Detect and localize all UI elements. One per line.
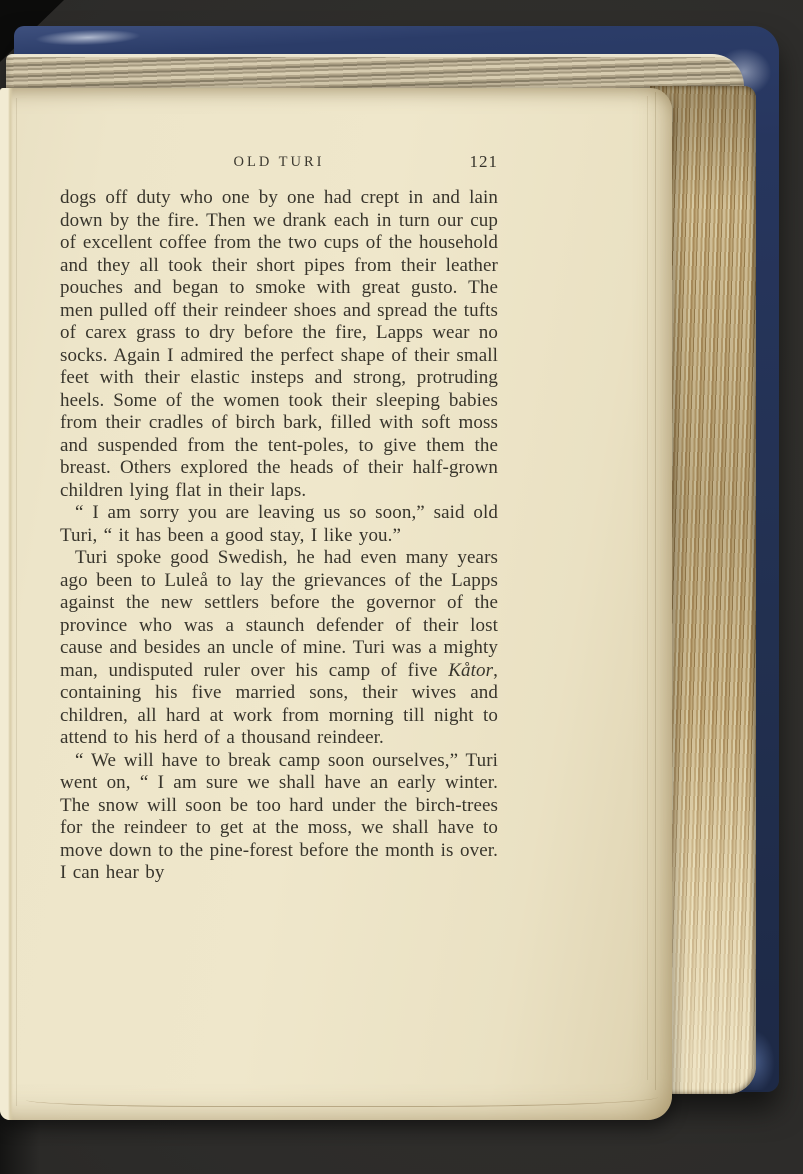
running-head: OLD TURI [234,154,325,171]
under-page-edge [0,88,13,1120]
page-header: OLD TURI 121 [60,152,498,174]
italic-term: Kåtor [448,660,493,681]
book-page: OLD TURI 121 dogs off duty who one by on… [0,88,672,1120]
page-crease [655,92,656,1090]
paragraph: “ I am sorry you are leaving us so soon,… [60,502,498,547]
page-text: dogs off duty who one by one had crept i… [60,187,498,885]
under-page-edge [26,1094,658,1107]
book-photograph: OLD TURI 121 dogs off duty who one by on… [0,0,803,1174]
page-crease [647,96,648,1080]
paragraph: Turi spoke good Swedish, he had even man… [60,547,498,750]
paragraph-segment: Turi spoke good Swedish, he had even man… [60,547,498,681]
printed-area: OLD TURI 121 dogs off duty who one by on… [60,152,498,885]
page-number: 121 [470,152,499,172]
page-crease [16,98,17,1106]
cover-wear-mark [28,25,179,48]
paragraph: “ We will have to break camp soon oursel… [60,750,498,885]
paragraph: dogs off duty who one by one had crept i… [60,187,498,502]
